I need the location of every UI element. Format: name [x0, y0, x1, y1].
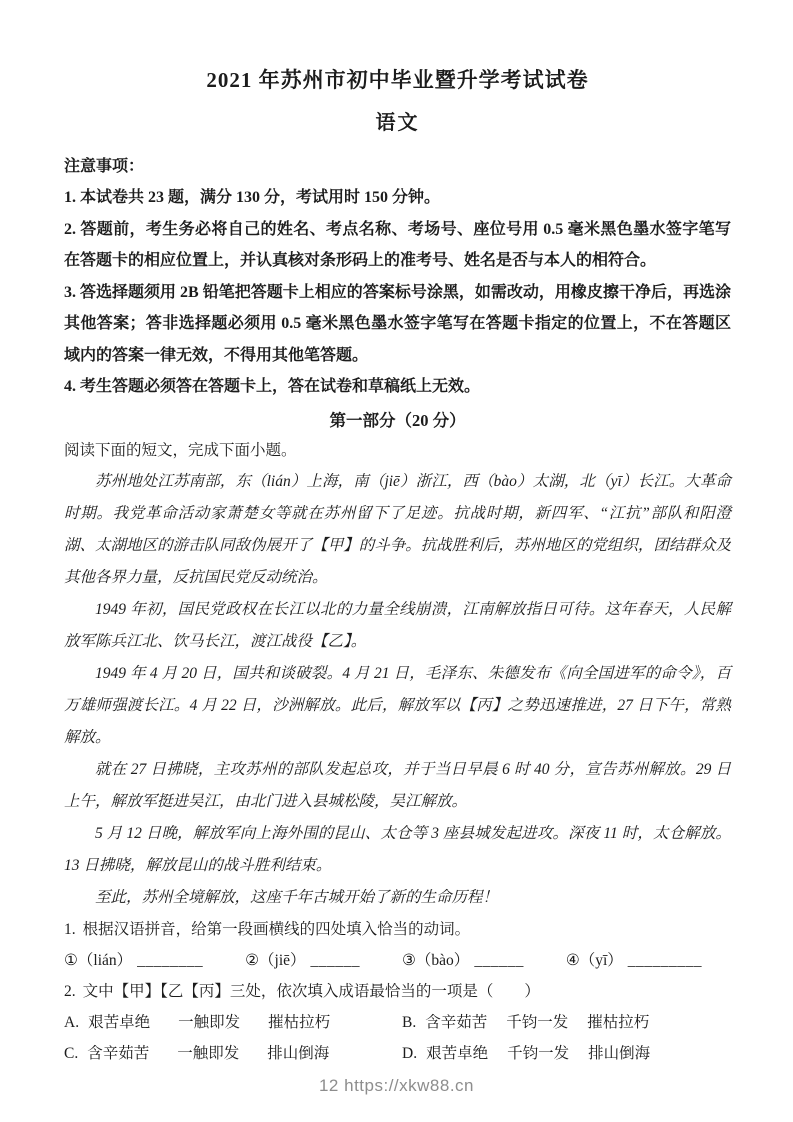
option-c: C. 含辛茹苦 一触即发 排山倒海	[64, 1038, 402, 1069]
pinyin-blank-4: ④（yī）_________	[566, 945, 702, 976]
reading-intro: 阅读下面的短文，完成下面小题。	[64, 436, 731, 466]
option-a-idiom-2: 一触即发	[178, 1007, 240, 1038]
pinyin-blank-4-line: _________	[628, 952, 702, 969]
option-a-idiom-1: 艰苦卓绝	[88, 1007, 150, 1038]
option-d-idiom-3: 排山倒海	[588, 1038, 650, 1069]
pinyin-blank-1-label: ①（lián）	[64, 952, 132, 969]
question-2-number: 2.	[64, 983, 76, 1000]
option-b-idiom-3: 摧枯拉朽	[587, 1007, 649, 1038]
pinyin-blank-2: ②（jiē）______	[245, 945, 360, 976]
pinyin-blank-1: ①（lián）________	[64, 945, 203, 976]
page-footer: 12 https://xkw88.cn	[0, 1076, 793, 1096]
footer-url: https://xkw88.cn	[344, 1076, 474, 1095]
option-b-idiom-1: 含辛茹苦	[425, 1007, 487, 1038]
option-a-label: A.	[64, 1007, 79, 1038]
notice-item-1: 1. 本试卷共 23 题，满分 130 分，考试用时 150 分钟。	[64, 182, 731, 214]
notice-item-3: 3. 答选择题须用 2B 铅笔把答题卡上相应的答案标号涂黑，如需改动，用橡皮擦干…	[64, 277, 731, 372]
option-c-idiom-3: 排山倒海	[267, 1038, 329, 1069]
option-c-idiom-1: 含辛茹苦	[87, 1038, 149, 1069]
option-a-idiom-3: 摧枯拉朽	[268, 1007, 330, 1038]
notice-item-4: 4. 考生答题必须答在答题卡上，答在试卷和草稿纸上无效。	[64, 371, 731, 403]
option-d: D. 艰苦卓绝 千钧一发 排山倒海	[402, 1038, 731, 1069]
footer-page-number: 12	[319, 1076, 339, 1095]
pinyin-blank-1-line: ________	[137, 952, 203, 969]
notice-heading: 注意事项：	[64, 152, 731, 182]
subject-title: 语文	[64, 110, 731, 136]
option-a: A. 艰苦卓绝 一触即发 摧枯拉朽	[64, 1007, 402, 1038]
option-d-idiom-1: 艰苦卓绝	[426, 1038, 488, 1069]
option-c-idiom-2: 一触即发	[177, 1038, 239, 1069]
question-2-text: 文中【甲】【乙【丙】三处，依次填入成语最恰当的一项是（ ）	[83, 983, 540, 1000]
pinyin-blank-3-label: ③（bào）	[402, 952, 469, 969]
option-d-label: D.	[402, 1038, 417, 1069]
section-heading: 第一部分（20 分）	[64, 406, 731, 436]
pinyin-blank-2-line: ______	[311, 952, 361, 969]
question-1-text: 根据汉语拼音，给第一段画横线的四处填入恰当的动词。	[83, 921, 471, 938]
notice-item-2: 2. 答题前，考生务必将自己的姓名、考点名称、考场号、座位号用 0.5 毫米黑色…	[64, 214, 731, 277]
passage-paragraph-2: 1949 年初，国民党政权在长江以北的力量全线崩溃，江南解放指日可待。这年春天，…	[64, 594, 731, 658]
pinyin-blank-3-line: ______	[474, 952, 524, 969]
pinyin-blank-2-label: ②（jiē）	[245, 952, 305, 969]
pinyin-blank-3: ③（bào）______	[402, 945, 524, 976]
passage-paragraph-3: 1949 年 4 月 20 日，国共和谈破裂。4 月 21 日，毛泽东、朱德发布…	[64, 658, 731, 754]
page-title: 2021 年苏州市初中毕业暨升学考试试卷	[64, 66, 731, 94]
pinyin-blank-4-label: ④（yī）	[566, 952, 623, 969]
question-1: 1.根据汉语拼音，给第一段画横线的四处填入恰当的动词。 ①（lián）_____…	[64, 914, 731, 976]
option-b: B. 含辛茹苦 千钧一发 摧枯拉朽	[402, 1007, 731, 1038]
option-d-idiom-2: 千钧一发	[507, 1038, 569, 1069]
passage-paragraph-5: 5 月 12 日晚，解放军向上海外围的昆山、太仓等 3 座县城发起进攻。深夜 1…	[64, 818, 731, 882]
question-2-options: A. 艰苦卓绝 一触即发 摧枯拉朽 B. 含辛茹苦 千钧一发 摧枯拉朽 C. 含…	[64, 1007, 731, 1069]
reading-passage: 苏州地处江苏南部，东（lián）上海，南（jiē）浙江，西（bào）太湖，北（y…	[64, 466, 731, 914]
question-1-number: 1.	[64, 921, 76, 938]
question-2: 2.文中【甲】【乙【丙】三处，依次填入成语最恰当的一项是（ ） A. 艰苦卓绝 …	[64, 976, 731, 1069]
passage-paragraph-4: 就在 27 日拂晓，主攻苏州的部队发起总攻，并于当日早晨 6 时 40 分，宣告…	[64, 754, 731, 818]
option-c-label: C.	[64, 1038, 78, 1069]
notice-section: 注意事项： 1. 本试卷共 23 题，满分 130 分，考试用时 150 分钟。…	[64, 152, 731, 403]
question-1-stem: 1.根据汉语拼音，给第一段画横线的四处填入恰当的动词。	[64, 914, 731, 945]
option-b-idiom-2: 千钧一发	[506, 1007, 568, 1038]
question-2-stem: 2.文中【甲】【乙【丙】三处，依次填入成语最恰当的一项是（ ）	[64, 976, 731, 1007]
option-b-label: B.	[402, 1007, 416, 1038]
pinyin-blanks-row: ①（lián）________ ②（jiē）______ ③（bào）_____…	[64, 945, 731, 976]
passage-paragraph-1: 苏州地处江苏南部，东（lián）上海，南（jiē）浙江，西（bào）太湖，北（y…	[64, 466, 731, 594]
exam-paper-page: 2021 年苏州市初中毕业暨升学考试试卷 语文 注意事项： 1. 本试卷共 23…	[0, 0, 793, 1069]
passage-paragraph-6: 至此，苏州全境解放，这座千年古城开始了新的生命历程！	[64, 882, 731, 914]
